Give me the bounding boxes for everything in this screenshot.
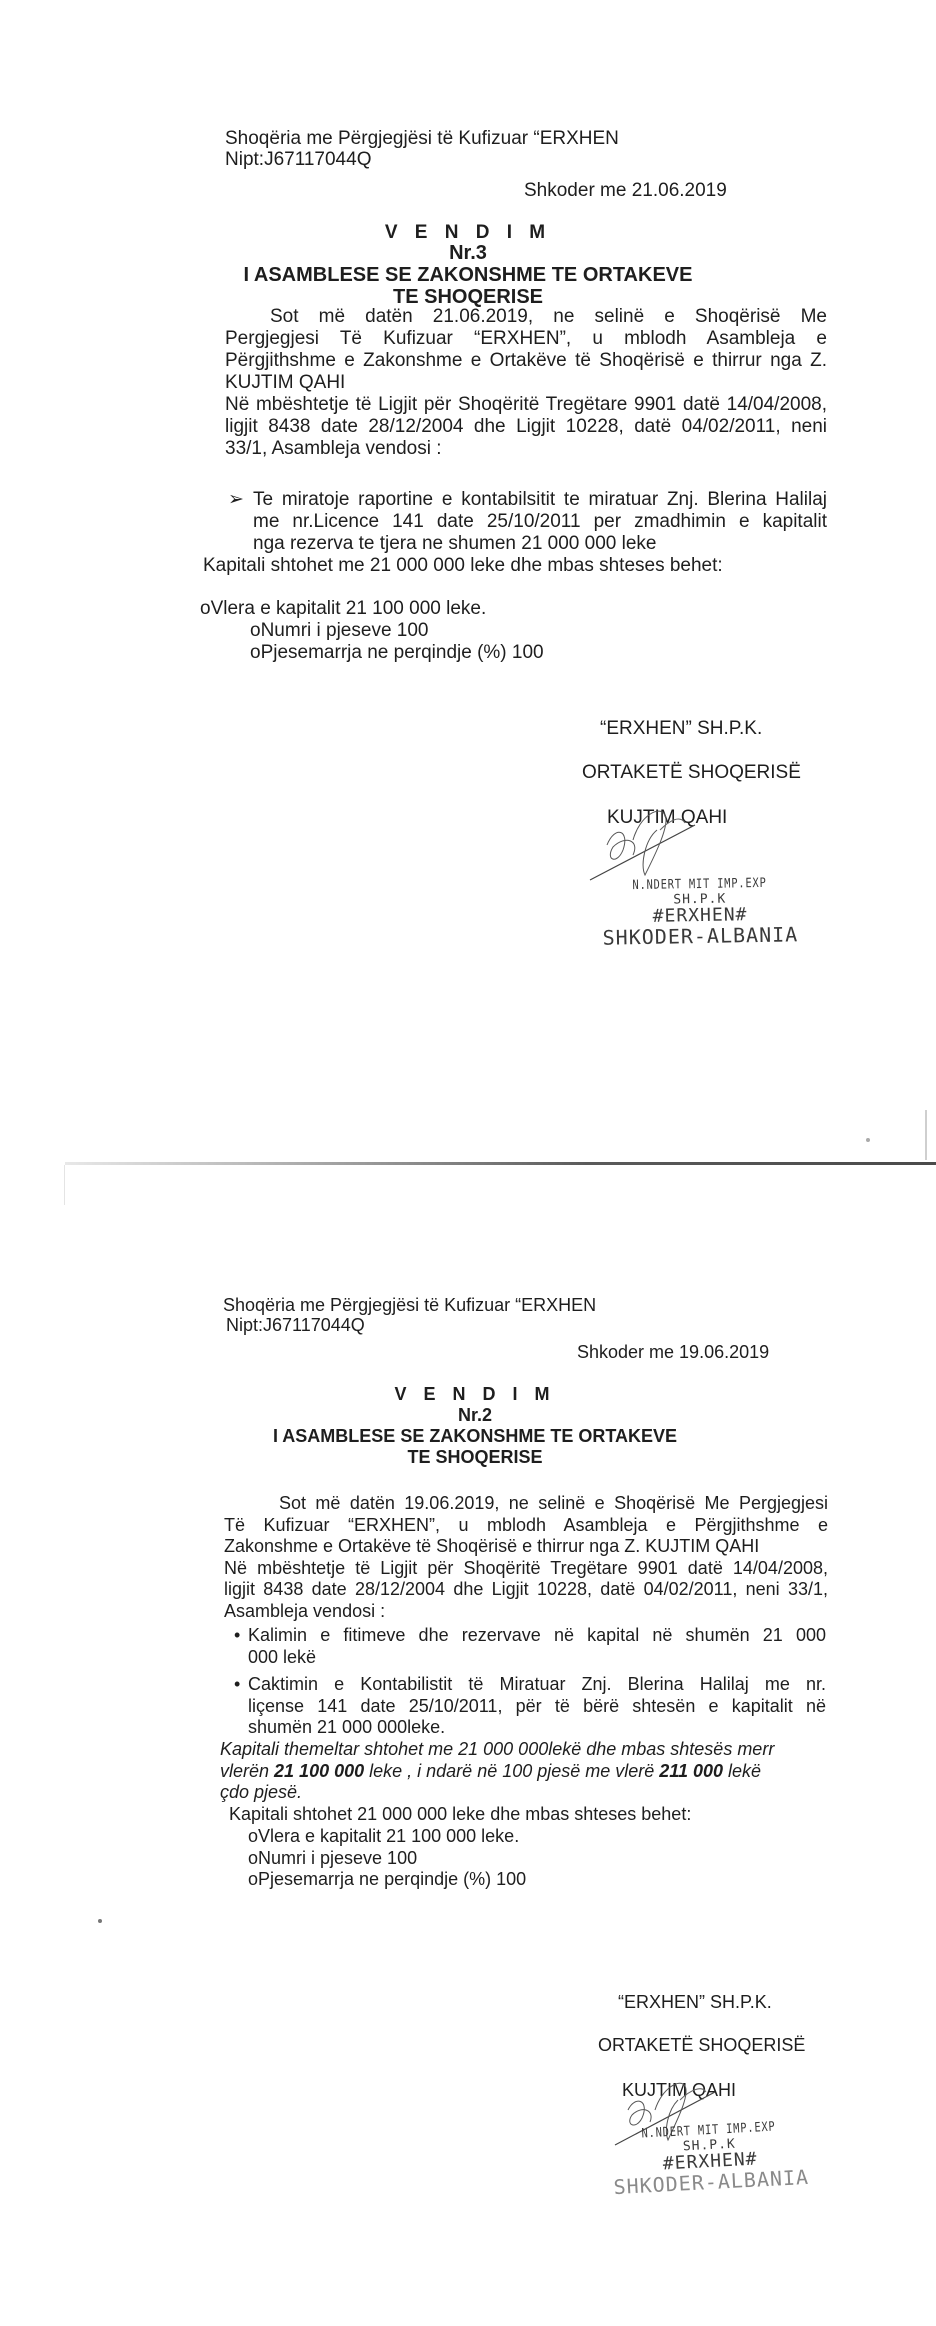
sub-item: oVlera e kapitalit 21 100 000 leke. bbox=[200, 598, 486, 620]
decision-line: Te miratoje raportine e kontabilsitit te… bbox=[253, 489, 827, 511]
place-date: Shkoder me 21.06.2019 bbox=[524, 180, 727, 201]
decision-number: Nr.3 bbox=[0, 242, 936, 265]
sub-item: oPjesemarrja ne perqindje (%) 100 bbox=[248, 1869, 526, 1891]
document-page-1: Shoqëria me Përgjegjësi të Kufizuar “ERX… bbox=[0, 0, 936, 1163]
circle-bullet-icon: o bbox=[200, 598, 211, 619]
heading: V E N D I M bbox=[0, 1384, 936, 1405]
handwritten-signature-icon bbox=[585, 795, 715, 885]
circle-bullet-icon: o bbox=[250, 620, 261, 641]
decision-line: nga rezerva te tjera ne shumen 21 000 00… bbox=[253, 533, 827, 555]
intro-paragraph: Sot më datën 21.06.2019, ne selinë e Sho… bbox=[225, 306, 827, 460]
place-date: Shkoder me 19.06.2019 bbox=[577, 1341, 769, 1363]
company-line: Shoqëria me Përgjegjësi të Kufizuar “ERX… bbox=[225, 128, 619, 149]
sub-item: oNumri i pjeseve 100 bbox=[250, 620, 429, 642]
legal-line: ligjit 8438 date 28/12/2004 dhe Ligjit 1… bbox=[224, 1579, 828, 1601]
legal-line: Në mbështetje të Ligjit për Shoqëritë Tr… bbox=[224, 1558, 828, 1580]
intro-line: Pergjegjesi Të Kufizuar “ERXHEN”, u mblo… bbox=[225, 328, 827, 350]
scan-speck bbox=[98, 1919, 102, 1923]
sub-item: oPjesemarrja ne perqindje (%) 100 bbox=[250, 642, 544, 664]
intro-paragraph: Sot më datën 19.06.2019, ne selinë e Sho… bbox=[224, 1493, 828, 1622]
company-stamp: N.NDERT MIT IMP.EXP SH.P.K #ERXHEN# SHKO… bbox=[608, 2118, 811, 2198]
document-page-2: Shoqëria me Përgjegjësi të Kufizuar “ERX… bbox=[0, 1163, 936, 2326]
nipt: Nipt:J67117044Q bbox=[225, 149, 371, 170]
circle-bullet-icon: o bbox=[248, 1869, 258, 1889]
title-line-2: TE SHOQERISE bbox=[0, 1447, 936, 1468]
heading: V E N D I M bbox=[0, 222, 936, 244]
sub-item: oVlera e kapitalit 21 100 000 leke. bbox=[248, 1826, 526, 1848]
capital-line: Kapitali shtohet me 21 000 000 leke dhe … bbox=[203, 555, 723, 577]
sub-item: oNumri i pjeseve 100 bbox=[248, 1848, 526, 1870]
decision-line: Kalimin e fitimeve dhe rezervave në kapi… bbox=[248, 1625, 826, 1647]
intro-line: Sot më datën 21.06.2019, ne selinë e Sho… bbox=[225, 306, 827, 328]
circle-bullet-icon: o bbox=[248, 1826, 258, 1846]
signature-company: “ERXHEN” SH.P.K. bbox=[600, 718, 762, 740]
intro-line: Sot më datën 19.06.2019, ne selinë e Sho… bbox=[224, 1493, 828, 1515]
decision-number: Nr.2 bbox=[0, 1405, 936, 1426]
scan-edge-mark bbox=[925, 1110, 927, 1160]
sub-items-list: oVlera e kapitalit 21 100 000 leke. oNum… bbox=[248, 1826, 526, 1891]
decision-line: liçense 141 date 25/10/2011, për të bërë… bbox=[248, 1696, 826, 1718]
capital-line: Kapitali shtohet 21 000 000 leke dhe mba… bbox=[229, 1804, 691, 1825]
legal-line: Në mbështetje të Ligjit për Shoqëritë Tr… bbox=[225, 394, 827, 416]
arrow-bullet-icon: ➢ bbox=[228, 489, 244, 511]
circle-bullet-icon: o bbox=[248, 1848, 258, 1868]
company-line: Shoqëria me Përgjegjësi të Kufizuar “ERX… bbox=[223, 1294, 596, 1316]
signature-role: ORTAKETË SHOQERISË bbox=[598, 2035, 805, 2056]
intro-line: Zakonshme e Ortakëve të Shoqërisë e thir… bbox=[224, 1536, 828, 1558]
nipt: Nipt:J67117044Q bbox=[226, 1314, 365, 1336]
legal-line: ligjit 8438 date 28/12/2004 dhe Ligjit 1… bbox=[225, 416, 827, 438]
company-stamp: N.NDERT MIT IMP.EXP SH.P.K #ERXHEN# SHKO… bbox=[599, 875, 800, 948]
share-value: 211 000 bbox=[659, 1761, 723, 1781]
new-capital-value: 21 100 000 bbox=[274, 1761, 364, 1781]
dot-bullet-icon: • bbox=[234, 1674, 240, 1695]
decision-item: Kalimin e fitimeve dhe rezervave në kapi… bbox=[248, 1625, 826, 1668]
decision-line: Caktimin e Kontabilistit të Miratuar Znj… bbox=[248, 1674, 826, 1696]
legal-line: Asambleja vendosi : bbox=[224, 1601, 828, 1623]
decision-item: Caktimin e Kontabilistit të Miratuar Znj… bbox=[248, 1674, 826, 1739]
decision-line: 000 lekë bbox=[248, 1647, 826, 1669]
intro-line: Të Kufizuar “ERXHEN”, u mblodh Asambleja… bbox=[224, 1515, 828, 1537]
circle-bullet-icon: o bbox=[250, 642, 261, 663]
decision-line: shumën 21 000 000leke. bbox=[248, 1717, 826, 1739]
intro-line: Përgjithshme e Zakonshme e Ortakëve të S… bbox=[225, 350, 827, 372]
scan-speck bbox=[866, 1138, 870, 1142]
signature-role: ORTAKETË SHOQERISË bbox=[582, 762, 801, 784]
dot-bullet-icon: • bbox=[234, 1625, 240, 1646]
intro-line: KUJTIM QAHI bbox=[225, 372, 827, 394]
title-line-1: I ASAMBLESE SE ZAKONSHME TE ORTAKEVE bbox=[0, 1426, 936, 1447]
decision-line: me nr.Licence 141 date 25/10/2011 per zm… bbox=[253, 511, 827, 533]
capital-italic-paragraph: Kapitali themeltar shtohet me 21 000 000… bbox=[220, 1739, 826, 1804]
title-line-1: I ASAMBLESE SE ZAKONSHME TE ORTAKEVE bbox=[0, 264, 936, 287]
decision-item: Te miratoje raportine e kontabilsitit te… bbox=[253, 489, 827, 555]
legal-line: 33/1, Asambleja vendosi : bbox=[225, 438, 827, 460]
signature-company: “ERXHEN” SH.P.K. bbox=[618, 1992, 772, 2013]
